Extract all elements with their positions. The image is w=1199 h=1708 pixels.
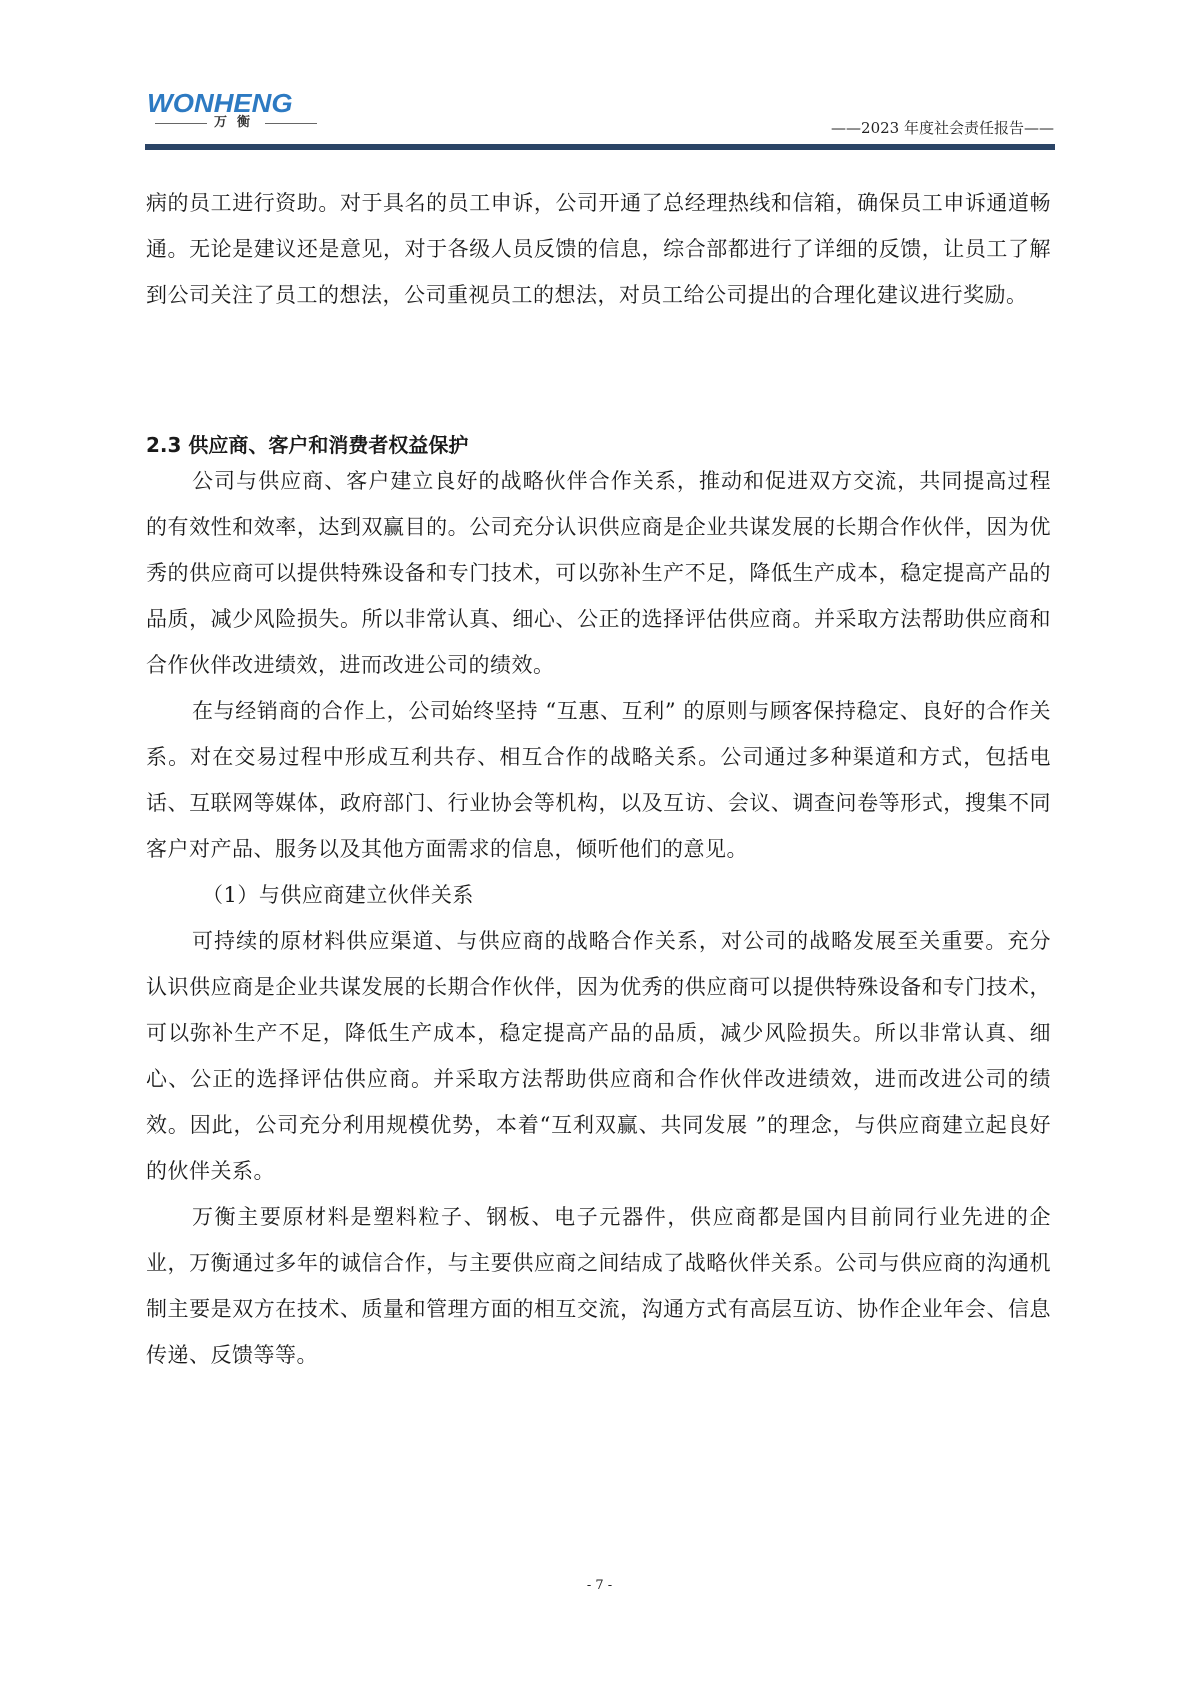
company-logo: WONHENG 万衡 bbox=[147, 90, 327, 130]
paragraph-distributors: 在与经销商的合作上，公司始终坚持 “互惠、互利” 的原则与顾客保持稳定、良好的合… bbox=[146, 688, 1051, 872]
paragraph-partnership: 公司与供应商、客户建立良好的战略伙伴合作关系，推动和促进双方交流，共同提高过程的… bbox=[146, 458, 1051, 688]
intro-paragraph: 病的员工进行资助。对于具名的员工申诉，公司开通了总经理热线和信箱，确保员工申诉通… bbox=[146, 180, 1051, 318]
logo-rule-right bbox=[265, 123, 317, 124]
page-number: - 7 - bbox=[0, 1578, 1199, 1593]
subsection-title: （1）与供应商建立伙伴关系 bbox=[146, 872, 1051, 918]
header-divider-bar bbox=[145, 144, 1055, 150]
logo-rule-left bbox=[155, 123, 207, 124]
paragraph-materials: 万衡主要原材料是塑料粒子、钢板、电子元器件，供应商都是国内目前同行业先进的企业，… bbox=[146, 1194, 1051, 1378]
section-body: 公司与供应商、客户建立良好的战略伙伴合作关系，推动和促进双方交流，共同提高过程的… bbox=[146, 458, 1051, 1378]
logo-wordmark: WONHENG bbox=[147, 90, 293, 116]
report-title: ——2023 年度社会责任报告—— bbox=[831, 118, 1054, 138]
section-heading: 2.3 供应商、客户和消费者权益保护 bbox=[146, 430, 468, 460]
page-header: WONHENG 万衡 ——2023 年度社会责任报告—— bbox=[0, 0, 1199, 160]
paragraph-suppliers: 可持续的原材料供应渠道、与供应商的战略合作关系，对公司的战略发展至关重要。充分认… bbox=[146, 918, 1051, 1194]
intro-block: 病的员工进行资助。对于具名的员工申诉，公司开通了总经理热线和信箱，确保员工申诉通… bbox=[146, 180, 1051, 318]
logo-chinese-name: 万衡 bbox=[210, 115, 264, 131]
logo-subtitle: 万衡 bbox=[147, 115, 327, 131]
